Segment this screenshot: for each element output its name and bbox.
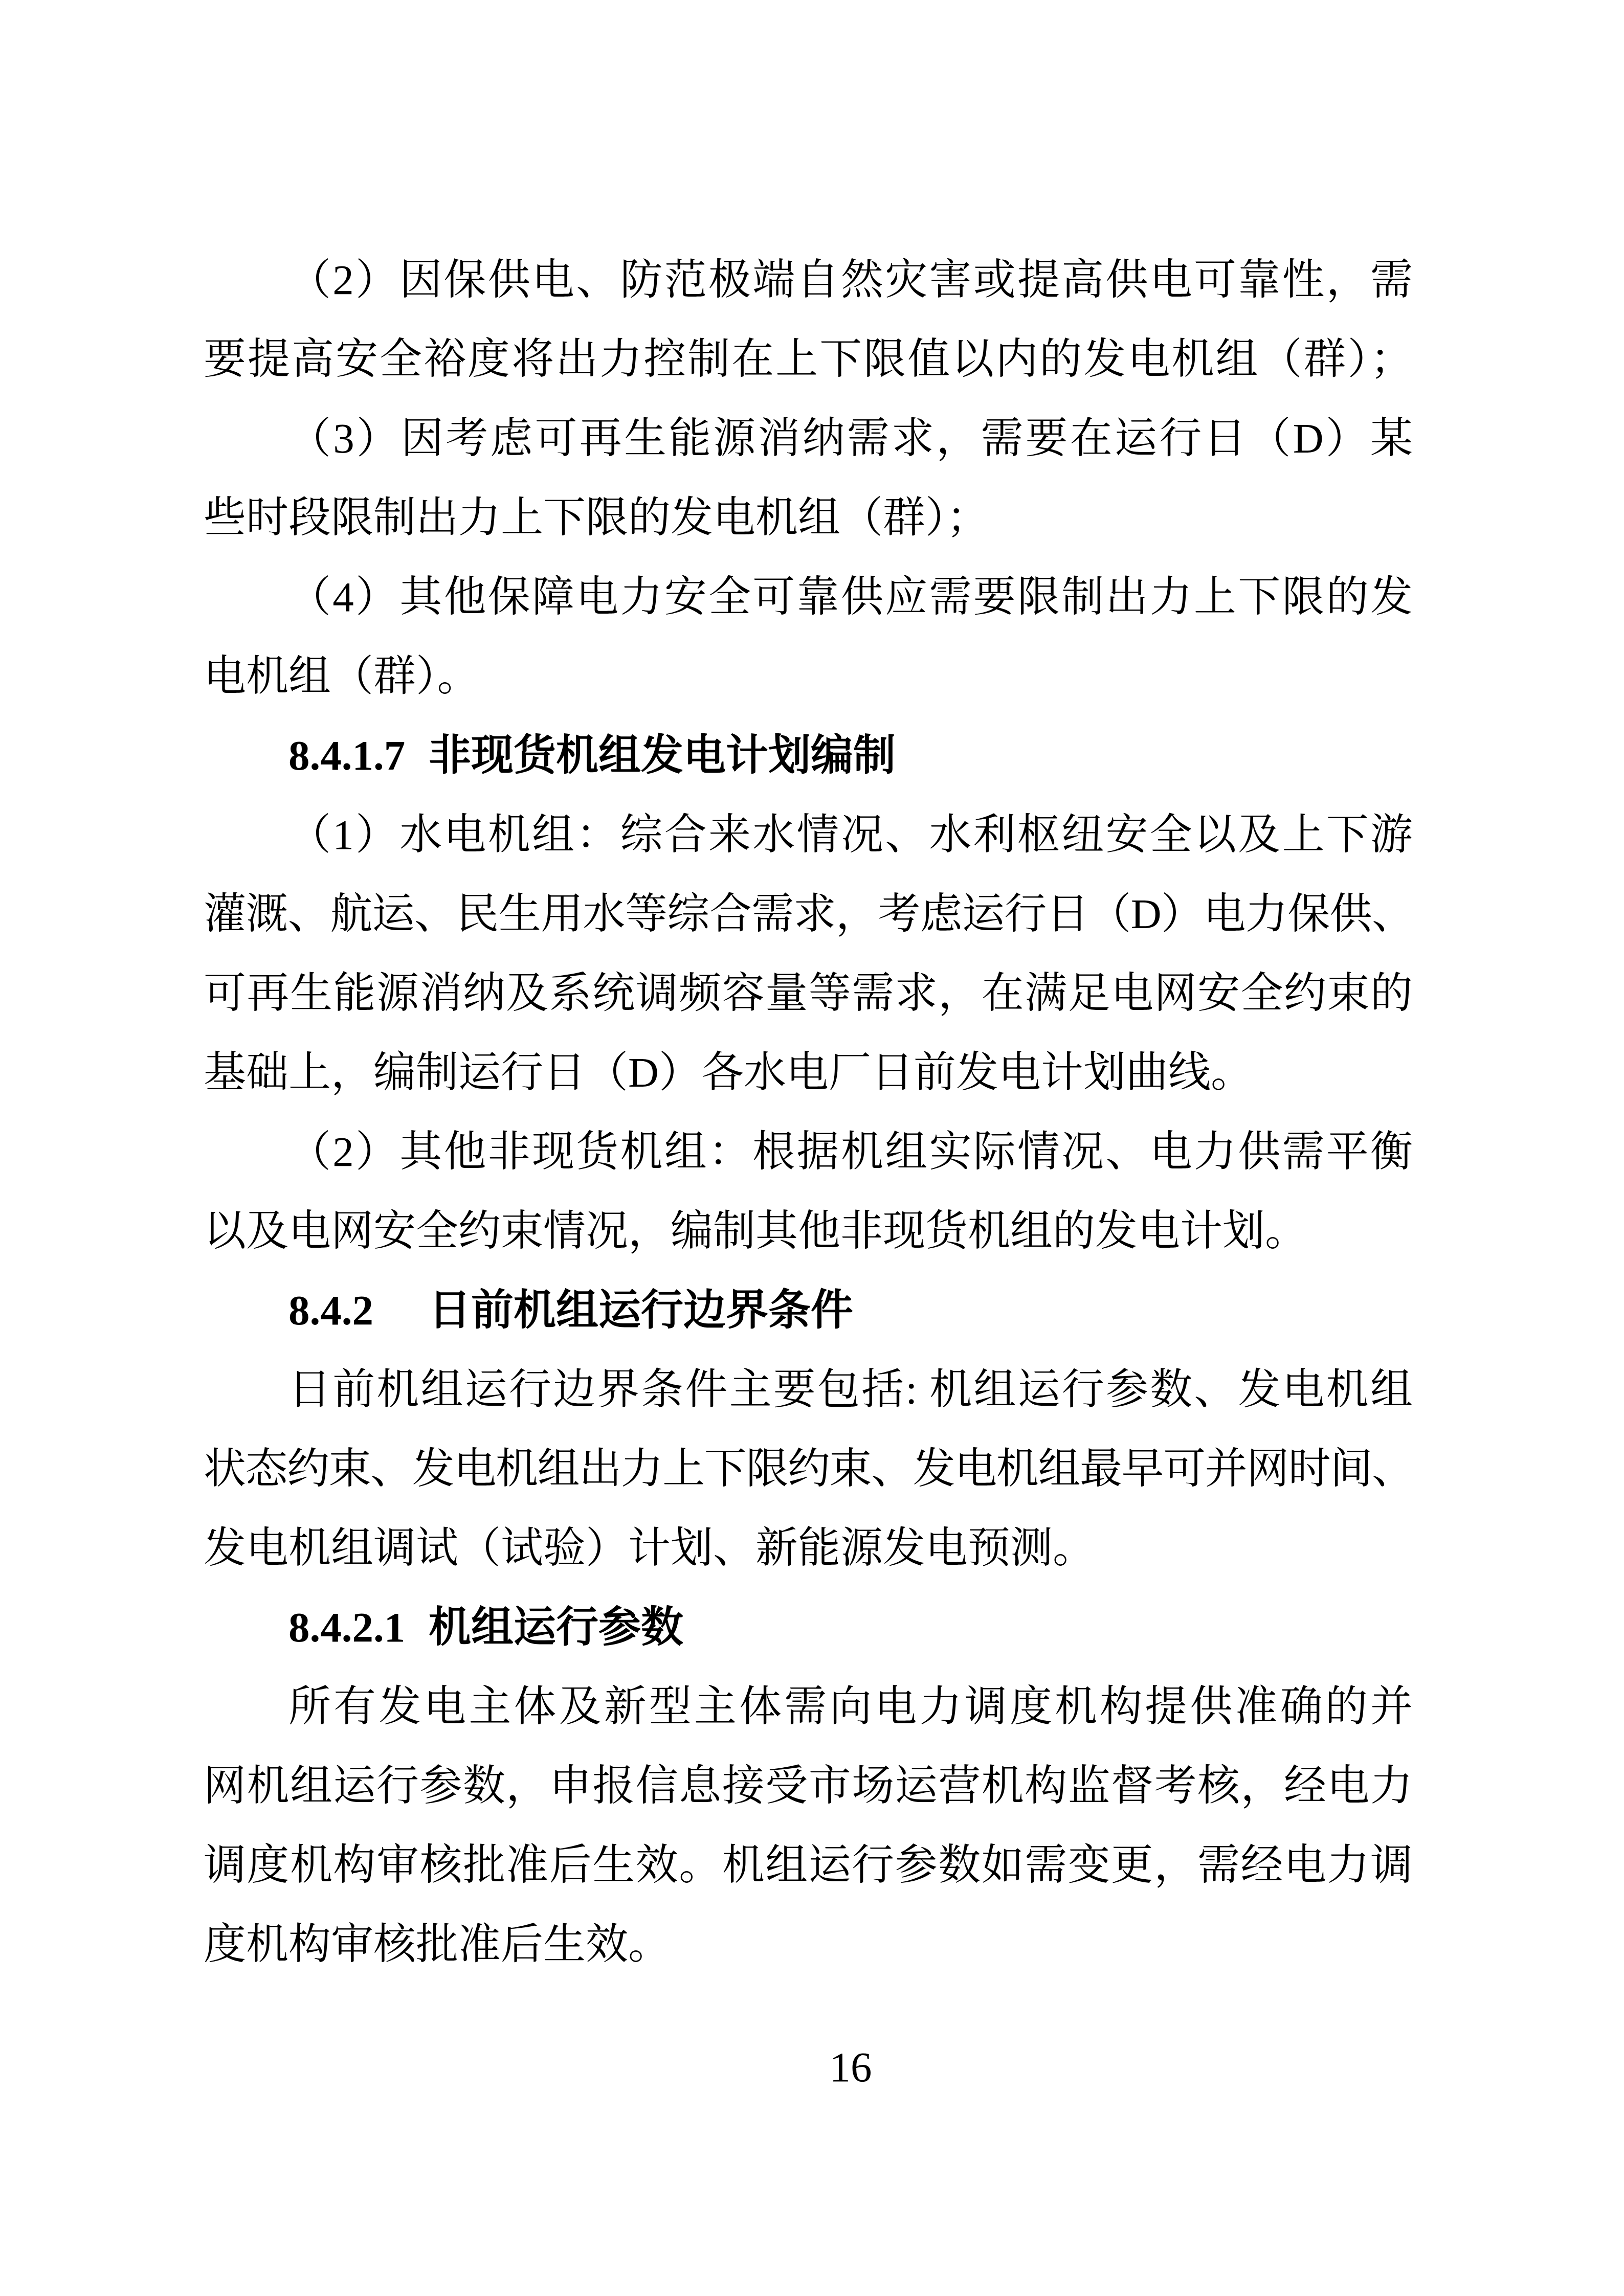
paragraph-line: 以及电网安全约束情况，编制其他非现货机组的发电计划。 xyxy=(204,1191,1413,1271)
paragraph-line: （2）其他非现货机组：根据机组实际情况、电力供需平衡 xyxy=(204,1112,1413,1191)
paragraph-line: 度机构审核批准后生效。 xyxy=(204,1905,1413,1984)
section-number: 8.4.2 xyxy=(288,1287,373,1334)
paragraph-line: （2）因保供电、防范极端自然灾害或提高供电可靠性，需 xyxy=(204,240,1413,320)
paragraph-line: 网机组运行参数，申报信息接受市场运营机构监督考核，经电力 xyxy=(204,1746,1413,1826)
paragraph-line: 基础上，编制运行日（D）各水电厂日前发电计划曲线。 xyxy=(204,1033,1413,1112)
page-number: 16 xyxy=(830,2028,872,2107)
paragraph-line: 些时段限制出力上下限的发电机组（群）； xyxy=(204,478,1413,557)
paragraph-line: （1）水电机组：综合来水情况、水利枢纽安全以及上下游 xyxy=(204,795,1413,874)
document-body: （2）因保供电、防范极端自然灾害或提高供电可靠性，需 要提高安全裕度将出力控制在… xyxy=(204,240,1413,1984)
section-title: 日前机组运行边界条件 xyxy=(429,1287,853,1334)
paragraph-line: 电机组（群）。 xyxy=(204,637,1413,716)
section-title: 机组运行参数 xyxy=(429,1604,683,1651)
section-heading-8-4-1-7: 8.4.1.7非现货机组发电计划编制 xyxy=(204,716,1413,795)
paragraph-line: 发电机组调试（试验）计划、新能源发电预测。 xyxy=(204,1509,1413,1588)
paragraph-line: 所有发电主体及新型主体需向电力调度机构提供准确的并 xyxy=(204,1667,1413,1746)
section-title: 非现货机组发电计划编制 xyxy=(429,732,896,779)
paragraph-line: 调度机构审核批准后生效。机组运行参数如需变更，需经电力调 xyxy=(204,1826,1413,1905)
section-number: 8.4.1.7 xyxy=(288,732,405,779)
section-heading-8-4-2-1: 8.4.2.1机组运行参数 xyxy=(204,1588,1413,1667)
paragraph-line: 要提高安全裕度将出力控制在上下限值以内的发电机组（群）； xyxy=(204,320,1413,399)
paragraph-line: （3）因考虑可再生能源消纳需求，需要在运行日（D）某 xyxy=(204,399,1413,478)
paragraph-line: （4）其他保障电力安全可靠供应需要限制出力上下限的发 xyxy=(204,557,1413,637)
document-page: （2）因保供电、防范极端自然灾害或提高供电可靠性，需 要提高安全裕度将出力控制在… xyxy=(0,0,1624,2296)
paragraph-line: 可再生能源消纳及系统调频容量等需求，在满足电网安全约束的 xyxy=(204,954,1413,1033)
paragraph-line: 状态约束、发电机组出力上下限约束、发电机组最早可并网时间、 xyxy=(204,1429,1413,1509)
section-heading-8-4-2: 8.4.2日前机组运行边界条件 xyxy=(204,1271,1413,1350)
section-number: 8.4.2.1 xyxy=(288,1604,405,1651)
paragraph-line: 日前机组运行边界条件主要包括: 机组运行参数、发电机组 xyxy=(204,1350,1413,1429)
paragraph-line: 灌溉、航运、民生用水等综合需求，考虑运行日（D）电力保供、 xyxy=(204,874,1413,954)
